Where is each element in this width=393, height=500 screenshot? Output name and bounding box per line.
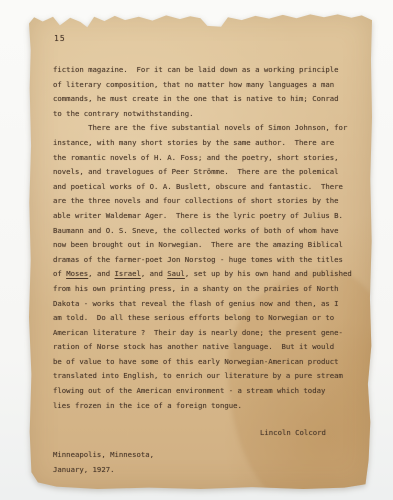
text-line: of Moses, and Israel, and Saul, set up b…: [53, 267, 355, 282]
closing-line: January, 1927.: [53, 462, 154, 477]
text-run: are the three novels and four collection…: [53, 196, 339, 205]
text-line: of literary composition, that no matter …: [53, 78, 355, 93]
closing-block: Minneapolis, Minnesota,January, 1927.: [53, 447, 154, 477]
text-line: Baumann and O. S. Sneve, the collected w…: [53, 224, 355, 239]
text-line: to the contrary notwithstanding.: [53, 107, 355, 122]
text-run: American literature ? Their day is nearl…: [53, 328, 343, 337]
underlined-book-title: Israel: [115, 269, 141, 278]
text-line: instance, with many short stories by the…: [53, 136, 355, 151]
text-run: Baumann and O. S. Sneve, the collected w…: [53, 226, 339, 235]
text-run: Dakota - works that reveal the flash of …: [53, 299, 339, 308]
text-run: now been brought out in Norwegian. There…: [53, 240, 343, 249]
text-run: dramas of the farmer-poet Jon Norstog - …: [53, 255, 343, 264]
text-line: American literature ? Their day is nearl…: [53, 326, 355, 341]
text-line: flowing out of the American environment …: [53, 384, 355, 399]
text-run: of: [53, 269, 66, 278]
text-run: translated into English, to enrich our l…: [53, 371, 343, 380]
text-run: of literary composition, that no matter …: [53, 80, 334, 89]
text-line: ration of Norse stock has another native…: [53, 340, 355, 355]
underlined-book-title: Moses: [66, 269, 88, 278]
text-line: and poetical works of O. A. Buslett, obs…: [53, 180, 355, 195]
text-line: translated into English, to enrich our l…: [53, 369, 355, 384]
text-run: ration of Norse stock has another native…: [53, 342, 334, 351]
text-run: and poetical works of O. A. Buslett, obs…: [53, 182, 343, 191]
text-run: be of value to have some of this early N…: [53, 357, 339, 366]
text-line: the romantic novels of H. A. Foss; and t…: [53, 151, 355, 166]
text-line: dramas of the farmer-poet Jon Norstog - …: [53, 253, 355, 268]
text-run: from his own printing press, in a shanty…: [53, 284, 339, 293]
scan-background: 15 fiction magazine. For it can be laid …: [0, 0, 393, 500]
text-line: are the three novels and four collection…: [53, 194, 355, 209]
text-run: , and: [88, 269, 114, 278]
text-line: able writer Waldemar Ager. There is the …: [53, 209, 355, 224]
text-run: lies frozen in the ice of a foreign tong…: [53, 401, 242, 410]
text-line: from his own printing press, in a shanty…: [53, 282, 355, 297]
text-run: am told. Do all these serious efforts be…: [53, 313, 334, 322]
text-line: be of value to have some of this early N…: [53, 355, 355, 370]
page-number: 15: [54, 34, 66, 43]
text-line: fiction magazine. For it can be laid dow…: [53, 63, 355, 78]
text-run: , and: [141, 269, 167, 278]
text-line: lies frozen in the ice of a foreign tong…: [53, 399, 355, 414]
text-run: the romantic novels of H. A. Foss; and t…: [53, 153, 339, 162]
text-line: Dakota - works that reveal the flash of …: [53, 297, 355, 312]
closing-line: Minneapolis, Minnesota,: [53, 447, 154, 462]
signature: Lincoln Colcord: [260, 428, 326, 437]
text-line: now been brought out in Norwegian. There…: [53, 238, 355, 253]
text-run: There are the five substantial novels of…: [53, 123, 347, 132]
document-body: fiction magazine. For it can be laid dow…: [53, 63, 355, 413]
text-line: novels, and travelogues of Peer Strömme.…: [53, 165, 355, 180]
text-run: novels, and travelogues of Peer Strömme.…: [53, 167, 339, 176]
text-run: flowing out of the American environment …: [53, 386, 325, 395]
text-run: instance, with many short stories by the…: [53, 138, 334, 147]
text-run: , set up by his own hand and published: [185, 269, 352, 278]
text-run: fiction magazine. For it can be laid dow…: [53, 65, 339, 74]
text-line: There are the five substantial novels of…: [53, 121, 355, 136]
text-line: am told. Do all these serious efforts be…: [53, 311, 355, 326]
text-run: commands, he must create in the one that…: [53, 94, 339, 103]
paper-shadow-wrap: 15 fiction magazine. For it can be laid …: [29, 12, 372, 489]
text-run: to the contrary notwithstanding.: [53, 109, 194, 118]
text-line: commands, he must create in the one that…: [53, 92, 355, 107]
text-run: able writer Waldemar Ager. There is the …: [53, 211, 343, 220]
document-page: 15 fiction magazine. For it can be laid …: [29, 12, 372, 489]
underlined-book-title: Saul: [167, 269, 185, 278]
